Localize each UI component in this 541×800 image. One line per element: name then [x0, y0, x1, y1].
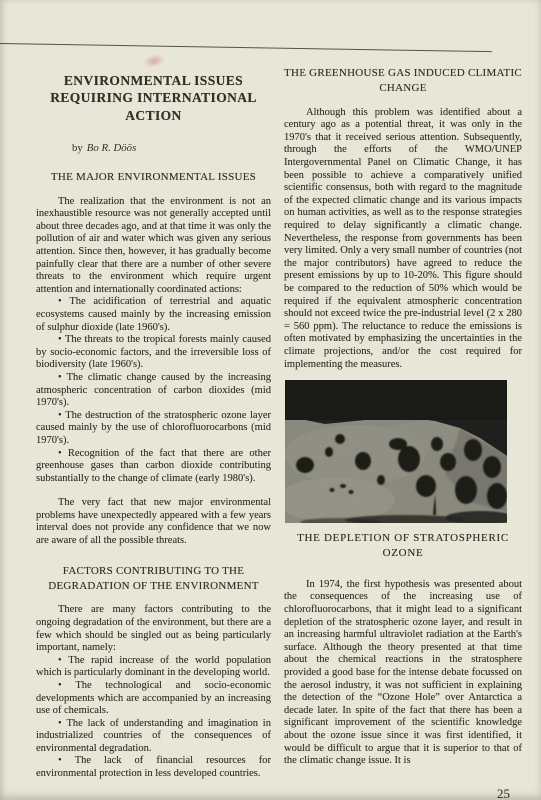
section-heading-factors: FACTORS CONTRIBUTING TO THE DEGRADATION … [36, 564, 271, 594]
section-heading-ozone: THE DEPLETION OF STRATOSPHERIC OZONE [284, 531, 522, 561]
page-number: 25 [497, 786, 510, 800]
byline-prefix: by [72, 142, 83, 154]
paragraph: In 1974, the first hypothesis was presen… [284, 579, 522, 768]
list-item: The acidification of terrestrial and aqu… [36, 296, 271, 334]
document-page: ENVIRONMENTAL ISSUES REQUIRING INTERNATI… [0, 0, 541, 800]
scan-top-line [0, 43, 492, 52]
byline: byBo R. Döös [36, 142, 271, 154]
paragraph: The realization that the environment is … [36, 196, 271, 297]
paragraph: The very fact that new major environment… [36, 497, 271, 547]
section-heading-major-issues: THE MAJOR ENVIRONMENTAL ISSUES [36, 170, 271, 185]
list-item: The climatic change caused by the increa… [36, 372, 271, 410]
article-title: ENVIRONMENTAL ISSUES REQUIRING INTERNATI… [36, 72, 271, 124]
list-item: The technological and socio-economic dev… [36, 680, 271, 718]
list-item: The lack of understanding and imaginatio… [36, 718, 271, 756]
list-item: Recognition of the fact that there are o… [36, 448, 271, 486]
list-item: The destruction of the stratospheric ozo… [36, 410, 271, 448]
left-column: ENVIRONMENTAL ISSUES REQUIRING INTERNATI… [36, 72, 271, 781]
hillside-photo-art [285, 380, 507, 523]
author-name: Bo R. Döös [87, 142, 136, 154]
hillside-photo [285, 380, 507, 523]
paragraph: Although this problem was identified abo… [284, 107, 522, 371]
paragraph: There are many factors contributing to t… [36, 604, 271, 654]
list-item: The threats to the tropical forests main… [36, 334, 271, 372]
section-heading-greenhouse: THE GREENHOUSE GAS INDUCED CLIMATIC CHAN… [284, 66, 522, 96]
list-item: The lack of financial resources for envi… [36, 755, 271, 780]
list-item: The rapid increase of the world populati… [36, 655, 271, 680]
right-column: THE GREENHOUSE GAS INDUCED CLIMATIC CHAN… [284, 66, 522, 768]
red-ink-smudge [142, 53, 166, 70]
